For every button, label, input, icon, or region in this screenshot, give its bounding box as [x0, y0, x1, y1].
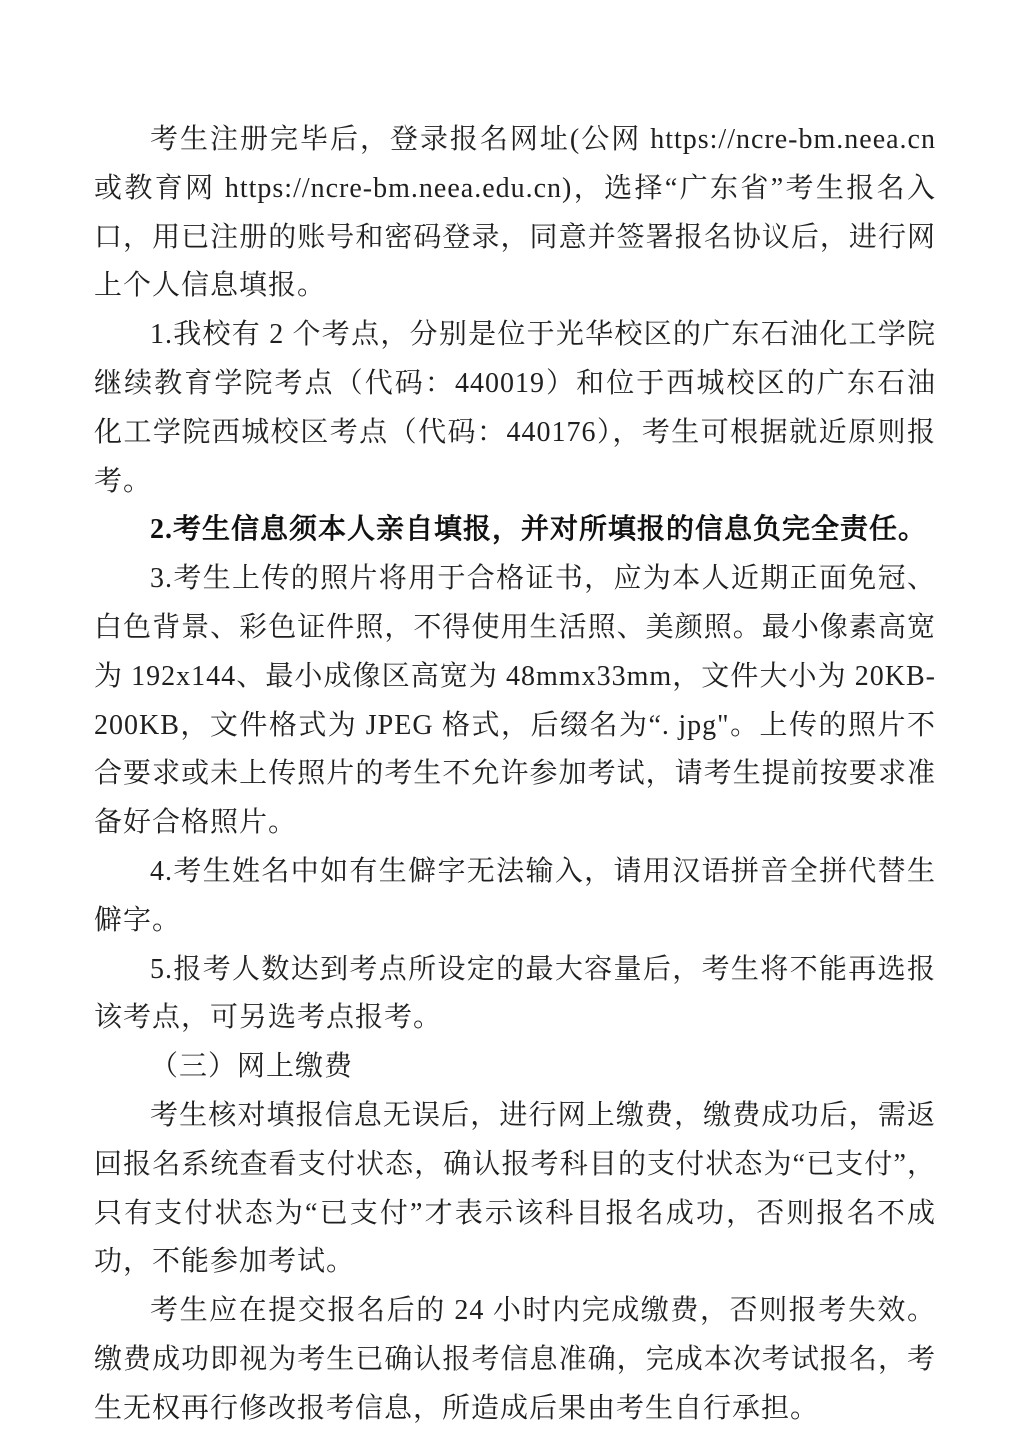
document-page: 考生注册完毕后，登录报名网址(公网 https://ncre-bm.neea.c… [0, 0, 1024, 1448]
para-registration-login: 考生注册完毕后，登录报名网址(公网 https://ncre-bm.neea.c… [94, 116, 936, 311]
heading-online-payment: （三）网上缴费 [94, 1043, 936, 1092]
para-capacity-limit: 5.报考人数达到考点所设定的最大容量后，考生将不能再选报该考点，可另选考点报考。 [94, 946, 936, 1044]
para-rare-characters: 4.考生姓名中如有生僻字无法输入，请用汉语拼音全拼代替生僻字。 [94, 848, 936, 946]
para-photo-requirements: 3.考生上传的照片将用于合格证书，应为本人近期正面免冠、白色背景、彩色证件照，不… [94, 555, 936, 848]
para-payment-deadline: 考生应在提交报名后的 24 小时内完成缴费，否则报考失效。缴费成功即视为考生已确… [94, 1287, 936, 1433]
para-test-centers: 1.我校有 2 个考点，分别是位于光华校区的广东石油化工学院继续教育学院考点（代… [94, 311, 936, 506]
para-payment-verification: 考生核对填报信息无误后，进行网上缴费，缴费成功后，需返回报名系统查看支付状态，确… [94, 1092, 936, 1287]
para-info-responsibility: 2.考生信息须本人亲自填报，并对所填报的信息负完全责任。 [94, 506, 936, 555]
document-body: 考生注册完毕后，登录报名网址(公网 https://ncre-bm.neea.c… [94, 116, 936, 1434]
